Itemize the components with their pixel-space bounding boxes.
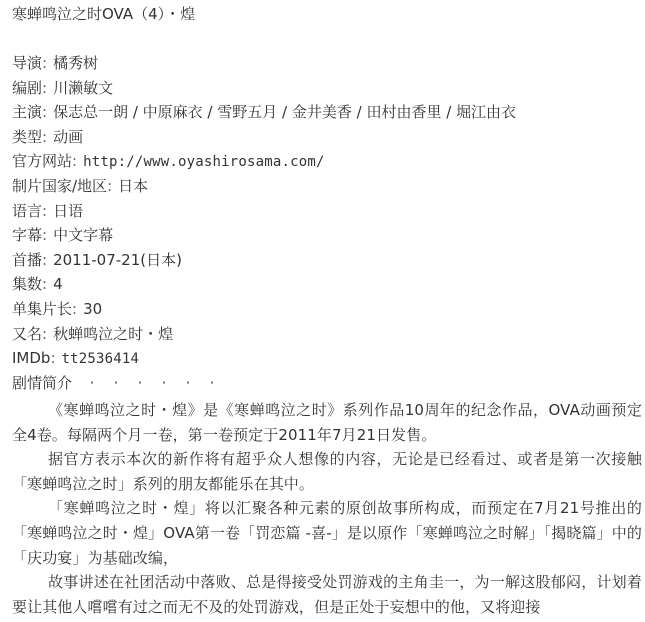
director-label: 导演 (12, 54, 42, 72)
info-imdb: IMDb:tt2536414 (12, 346, 516, 371)
info-list: 导演:橘秀树 编剧:川濑敏文 主演:保志总一朗 / 中原麻衣 / 雪野五月 / … (12, 51, 516, 395)
info-writer: 编剧:川濑敏文 (12, 76, 516, 101)
dot: · (104, 371, 128, 396)
separator: : (72, 300, 77, 318)
separator: : (42, 79, 47, 97)
website-link[interactable]: http://www.oyashirosama.com/ (83, 154, 325, 170)
language-label: 语言 (12, 202, 42, 220)
runtime-value: 30 (83, 300, 102, 318)
separator: : (42, 325, 47, 343)
info-runtime: 单集片长:30 (12, 297, 516, 322)
info-subtitles: 字幕:中文字幕 (12, 223, 516, 248)
dot: · (80, 371, 104, 396)
separator: : (42, 202, 47, 220)
language-value: 日语 (53, 202, 83, 220)
separator: : (42, 128, 47, 146)
separator: : (42, 54, 47, 72)
synopsis-heading-label: 剧情简介 (12, 374, 72, 392)
dot-leader: ······ (80, 374, 224, 392)
website-label: 官方网站 (12, 152, 72, 170)
page-title: 寒蝉鸣泣之时OVA（4）・煌 (12, 4, 195, 24)
dot: · (176, 371, 200, 396)
cast-value: 保志总一朗 / 中原麻衣 / 雪野五月 / 金井美香 / 田村由香里 / 堀江由… (53, 103, 516, 121)
separator: : (107, 177, 112, 195)
aka-value: 秋蝉鸣泣之时・煌 (53, 325, 173, 343)
synopsis-paragraph: 「寒蝉鸣泣之时・煌」将以汇聚各种元素的原创故事所构成，而预定在7月21号推出的「… (12, 496, 642, 570)
info-website: 官方网站:http://www.oyashirosama.com/ (12, 149, 516, 174)
separator: : (42, 226, 47, 244)
info-genre: 类型:动画 (12, 125, 516, 150)
genre-value: 动画 (53, 128, 83, 146)
separator: : (42, 275, 47, 293)
synopsis-body: 《寒蝉鸣泣之时・煌》是《寒蝉鸣泣之时》系列作品10周年的纪念作品，OVA动画预定… (12, 398, 642, 619)
country-value: 日本 (118, 177, 148, 195)
director-value: 橘秀树 (53, 54, 98, 72)
info-director: 导演:橘秀树 (12, 51, 516, 76)
separator: : (42, 251, 47, 269)
info-aka: 又名:秋蝉鸣泣之时・煌 (12, 322, 516, 347)
info-country: 制片国家/地区:日本 (12, 174, 516, 199)
info-language: 语言:日语 (12, 199, 516, 224)
info-premiere: 首播:2011-07-21(日本) (12, 248, 516, 273)
subtitles-value: 中文字幕 (53, 226, 113, 244)
runtime-label: 单集片长 (12, 300, 72, 318)
episodes-label: 集数 (12, 275, 42, 293)
synopsis-heading: 剧情简介······ (12, 371, 516, 396)
genre-label: 类型 (12, 128, 42, 146)
writer-label: 编剧 (12, 79, 42, 97)
dot: · (200, 371, 224, 396)
info-cast: 主演:保志总一朗 / 中原麻衣 / 雪野五月 / 金井美香 / 田村由香里 / … (12, 100, 516, 125)
synopsis-paragraph: 据官方表示本次的新作将有超乎众人想像的内容，无论是已经看过、或者是第一次接触「寒… (12, 447, 642, 496)
country-label: 制片国家/地区 (12, 177, 107, 195)
separator: : (42, 103, 47, 121)
imdb-value: tt2536414 (62, 351, 140, 367)
premiere-value: 2011-07-21(日本) (53, 251, 182, 269)
cast-label: 主演 (12, 103, 42, 121)
episodes-value: 4 (53, 275, 63, 293)
premiere-label: 首播 (12, 251, 42, 269)
synopsis-paragraph: 故事讲述在社团活动中落败、总是得接受处罚游戏的主角圭一，为一解这股郁闷，计划着要… (12, 570, 642, 619)
synopsis-paragraph: 《寒蝉鸣泣之时・煌》是《寒蝉鸣泣之时》系列作品10周年的纪念作品，OVA动画预定… (12, 398, 642, 447)
subtitles-label: 字幕 (12, 226, 42, 244)
separator: : (50, 349, 55, 367)
writer-value: 川濑敏文 (53, 79, 113, 97)
dot: · (152, 371, 176, 396)
imdb-label: IMDb (12, 349, 50, 367)
aka-label: 又名 (12, 325, 42, 343)
dot: · (128, 371, 152, 396)
separator: : (72, 152, 77, 170)
info-episodes: 集数:4 (12, 272, 516, 297)
